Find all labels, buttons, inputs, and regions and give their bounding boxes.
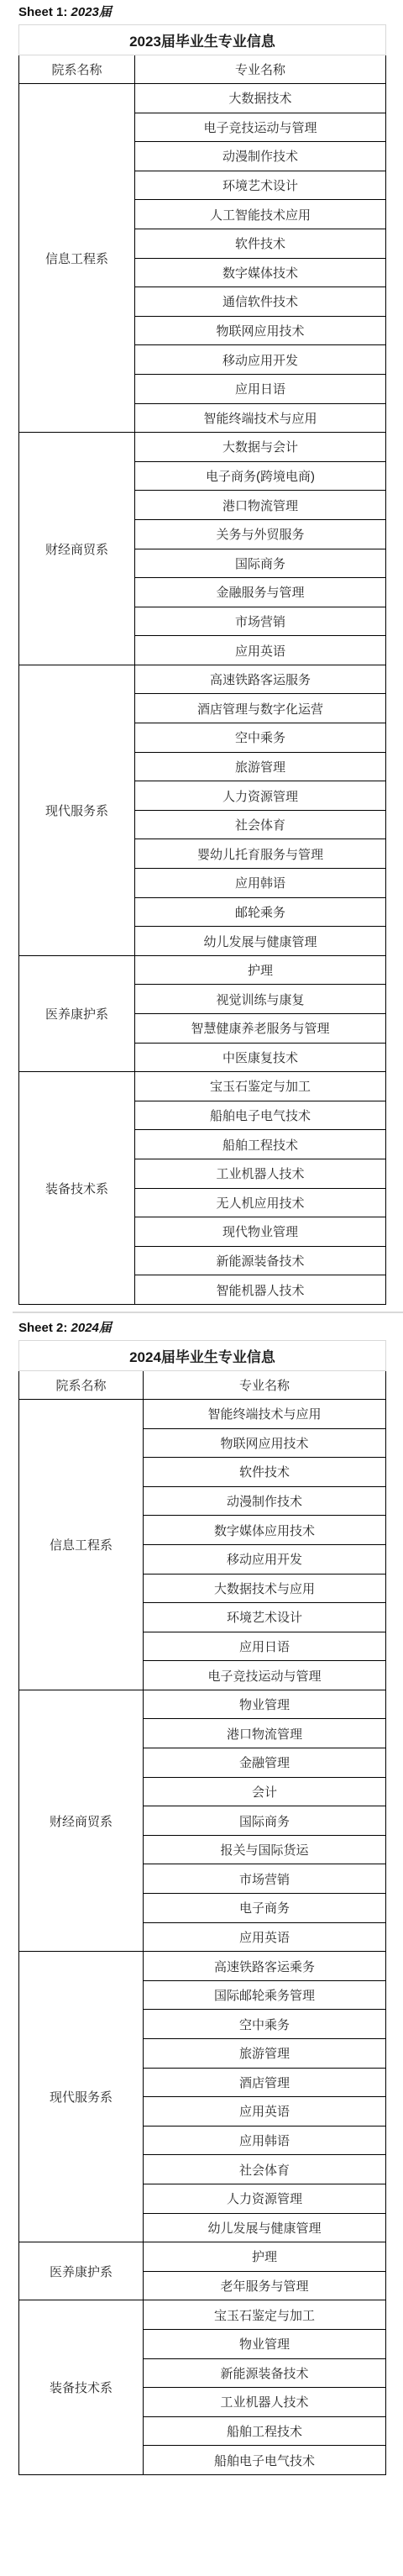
- major-cell: 酒店管理: [144, 2068, 386, 2097]
- column-header-department: 院系名称: [19, 55, 135, 84]
- sheet-label: Sheet 1: 2023届: [18, 5, 386, 20]
- sheet-label-year: 2024届: [71, 1321, 112, 1335]
- table-row: 财经商贸系大数据与会计: [19, 433, 386, 462]
- major-cell: 船舶电子电气技术: [144, 2446, 386, 2475]
- major-cell: 新能源装备技术: [144, 2358, 386, 2388]
- major-cell: 高速铁路客运乘务: [144, 1952, 386, 1981]
- major-cell: 物业管理: [144, 1690, 386, 1719]
- sheet-label: Sheet 2: 2024届: [18, 1321, 386, 1336]
- column-header-major: 专业名称: [144, 1370, 386, 1399]
- major-cell: 电子竞技运动与管理: [135, 113, 386, 142]
- major-cell: 软件技术: [144, 1458, 386, 1487]
- department-cell: 财经商贸系: [19, 1690, 144, 1951]
- majors-table: 2024届毕业生专业信息院系名称专业名称信息工程系智能终端技术与应用物联网应用技…: [18, 1340, 386, 2475]
- major-cell: 数字媒体技术: [135, 258, 386, 287]
- department-cell: 医养康护系: [19, 2242, 144, 2300]
- major-cell: 移动应用开发: [135, 345, 386, 375]
- department-cell: 信息工程系: [19, 1399, 144, 1690]
- major-cell: 智能终端技术与应用: [135, 403, 386, 433]
- sheet-label-prefix: Sheet 1:: [18, 5, 71, 19]
- major-cell: 港口物流管理: [135, 491, 386, 520]
- major-cell: 婴幼儿托育服务与管理: [135, 839, 386, 869]
- major-cell: 关务与外贸服务: [135, 519, 386, 549]
- major-cell: 宝玉石鉴定与加工: [135, 1072, 386, 1101]
- department-cell: 现代服务系: [19, 665, 135, 955]
- department-cell: 医养康护系: [19, 955, 135, 1071]
- major-cell: 物联网应用技术: [135, 316, 386, 345]
- major-cell: 动漫制作技术: [144, 1486, 386, 1516]
- major-cell: 酒店管理与数字化运营: [135, 694, 386, 723]
- major-cell: 应用韩语: [144, 2126, 386, 2155]
- major-cell: 护理: [135, 955, 386, 985]
- major-cell: 人力资源管理: [144, 2184, 386, 2213]
- major-cell: 宝玉石鉴定与加工: [144, 2300, 386, 2330]
- major-cell: 人力资源管理: [135, 781, 386, 811]
- major-cell: 智慧健康养老服务与管理: [135, 1014, 386, 1044]
- major-cell: 应用韩语: [135, 869, 386, 898]
- major-cell: 市场营销: [135, 607, 386, 636]
- major-cell: 金融服务与管理: [135, 578, 386, 607]
- table-title: 2023届毕业生专业信息: [19, 25, 386, 55]
- major-cell: 通信软件技术: [135, 287, 386, 317]
- column-header-major: 专业名称: [135, 55, 386, 84]
- major-cell: 现代物业管理: [135, 1217, 386, 1247]
- major-cell: 金融管理: [144, 1748, 386, 1778]
- major-cell: 应用英语: [135, 636, 386, 665]
- major-cell: 旅游管理: [144, 2039, 386, 2069]
- major-cell: 视觉训练与康复: [135, 985, 386, 1014]
- major-cell: 国际商务: [135, 549, 386, 578]
- major-cell: 工业机器人技术: [144, 2388, 386, 2417]
- table-header-row: 院系名称专业名称: [19, 1370, 386, 1399]
- sheets-container: Sheet 1: 2023届2023届毕业生专业信息院系名称专业名称信息工程系大…: [18, 5, 386, 2475]
- major-cell: 工业机器人技术: [135, 1159, 386, 1188]
- major-cell: 电子商务(跨境电商): [135, 461, 386, 491]
- major-cell: 幼儿发展与健康管理: [135, 927, 386, 956]
- major-cell: 无人机应用技术: [135, 1188, 386, 1217]
- major-cell: 幼儿发展与健康管理: [144, 2213, 386, 2242]
- department-cell: 财经商贸系: [19, 433, 135, 665]
- sheet-label-prefix: Sheet 2:: [18, 1321, 71, 1335]
- majors-table: 2023届毕业生专业信息院系名称专业名称信息工程系大数据技术电子竞技运动与管理动…: [18, 24, 386, 1305]
- table-row: 装备技术系宝玉石鉴定与加工: [19, 2300, 386, 2330]
- major-cell: 老年服务与管理: [144, 2271, 386, 2300]
- table-row: 信息工程系智能终端技术与应用: [19, 1399, 386, 1428]
- major-cell: 应用英语: [144, 2097, 386, 2127]
- department-cell: 现代服务系: [19, 1952, 144, 2242]
- department-cell: 装备技术系: [19, 1072, 135, 1305]
- major-cell: 新能源装备技术: [135, 1246, 386, 1275]
- table-title: 2024届毕业生专业信息: [19, 1340, 386, 1370]
- major-cell: 国际商务: [144, 1806, 386, 1836]
- major-cell: 国际邮轮乘务管理: [144, 1980, 386, 2010]
- table-row: 财经商贸系物业管理: [19, 1690, 386, 1719]
- major-cell: 船舶工程技术: [135, 1130, 386, 1159]
- table-header-row: 院系名称专业名称: [19, 55, 386, 84]
- table-row: 医养康护系护理: [19, 955, 386, 985]
- major-cell: 旅游管理: [135, 752, 386, 781]
- major-cell: 数字媒体应用技术: [144, 1516, 386, 1545]
- table-title-row: 2024届毕业生专业信息: [19, 1340, 386, 1370]
- major-cell: 电子竞技运动与管理: [144, 1661, 386, 1690]
- major-cell: 护理: [144, 2242, 386, 2272]
- major-cell: 应用日语: [144, 1632, 386, 1661]
- major-cell: 社会体育: [135, 810, 386, 839]
- major-cell: 中医康复技术: [135, 1043, 386, 1072]
- major-cell: 环境艺术设计: [144, 1603, 386, 1632]
- major-cell: 空中乘务: [135, 723, 386, 753]
- major-cell: 智能终端技术与应用: [144, 1399, 386, 1428]
- department-cell: 装备技术系: [19, 2300, 144, 2475]
- major-cell: 报关与国际货运: [144, 1835, 386, 1864]
- major-cell: 大数据技术与应用: [144, 1574, 386, 1603]
- table-row: 医养康护系护理: [19, 2242, 386, 2272]
- major-cell: 移动应用开发: [144, 1544, 386, 1574]
- table-row: 信息工程系大数据技术: [19, 84, 386, 113]
- major-cell: 会计: [144, 1777, 386, 1806]
- major-cell: 市场营销: [144, 1864, 386, 1894]
- sheet-label-year: 2023届: [71, 5, 112, 19]
- table-row: 现代服务系高速铁路客运乘务: [19, 1952, 386, 1981]
- major-cell: 应用日语: [135, 374, 386, 403]
- major-cell: 动漫制作技术: [135, 142, 386, 171]
- major-cell: 物联网应用技术: [144, 1428, 386, 1458]
- column-header-department: 院系名称: [19, 1370, 144, 1399]
- page: Sheet 1: 2023届2023届毕业生专业信息院系名称专业名称信息工程系大…: [0, 0, 403, 2487]
- table-title-row: 2023届毕业生专业信息: [19, 25, 386, 55]
- table-row: 现代服务系高速铁路客运服务: [19, 665, 386, 694]
- major-cell: 大数据技术: [135, 84, 386, 113]
- major-cell: 电子商务: [144, 1894, 386, 1923]
- major-cell: 大数据与会计: [135, 433, 386, 462]
- major-cell: 船舶电子电气技术: [135, 1101, 386, 1130]
- table-row: 装备技术系宝玉石鉴定与加工: [19, 1072, 386, 1101]
- major-cell: 智能机器人技术: [135, 1275, 386, 1305]
- major-cell: 社会体育: [144, 2155, 386, 2184]
- major-cell: 空中乘务: [144, 2010, 386, 2039]
- sheet-divider: [13, 1312, 403, 1313]
- major-cell: 人工智能技术应用: [135, 200, 386, 229]
- major-cell: 物业管理: [144, 2329, 386, 2358]
- department-cell: 信息工程系: [19, 84, 135, 433]
- major-cell: 港口物流管理: [144, 1719, 386, 1748]
- major-cell: 环境艺术设计: [135, 171, 386, 200]
- major-cell: 船舶工程技术: [144, 2416, 386, 2446]
- major-cell: 高速铁路客运服务: [135, 665, 386, 694]
- major-cell: 应用英语: [144, 1922, 386, 1952]
- major-cell: 邮轮乘务: [135, 897, 386, 927]
- major-cell: 软件技术: [135, 229, 386, 258]
